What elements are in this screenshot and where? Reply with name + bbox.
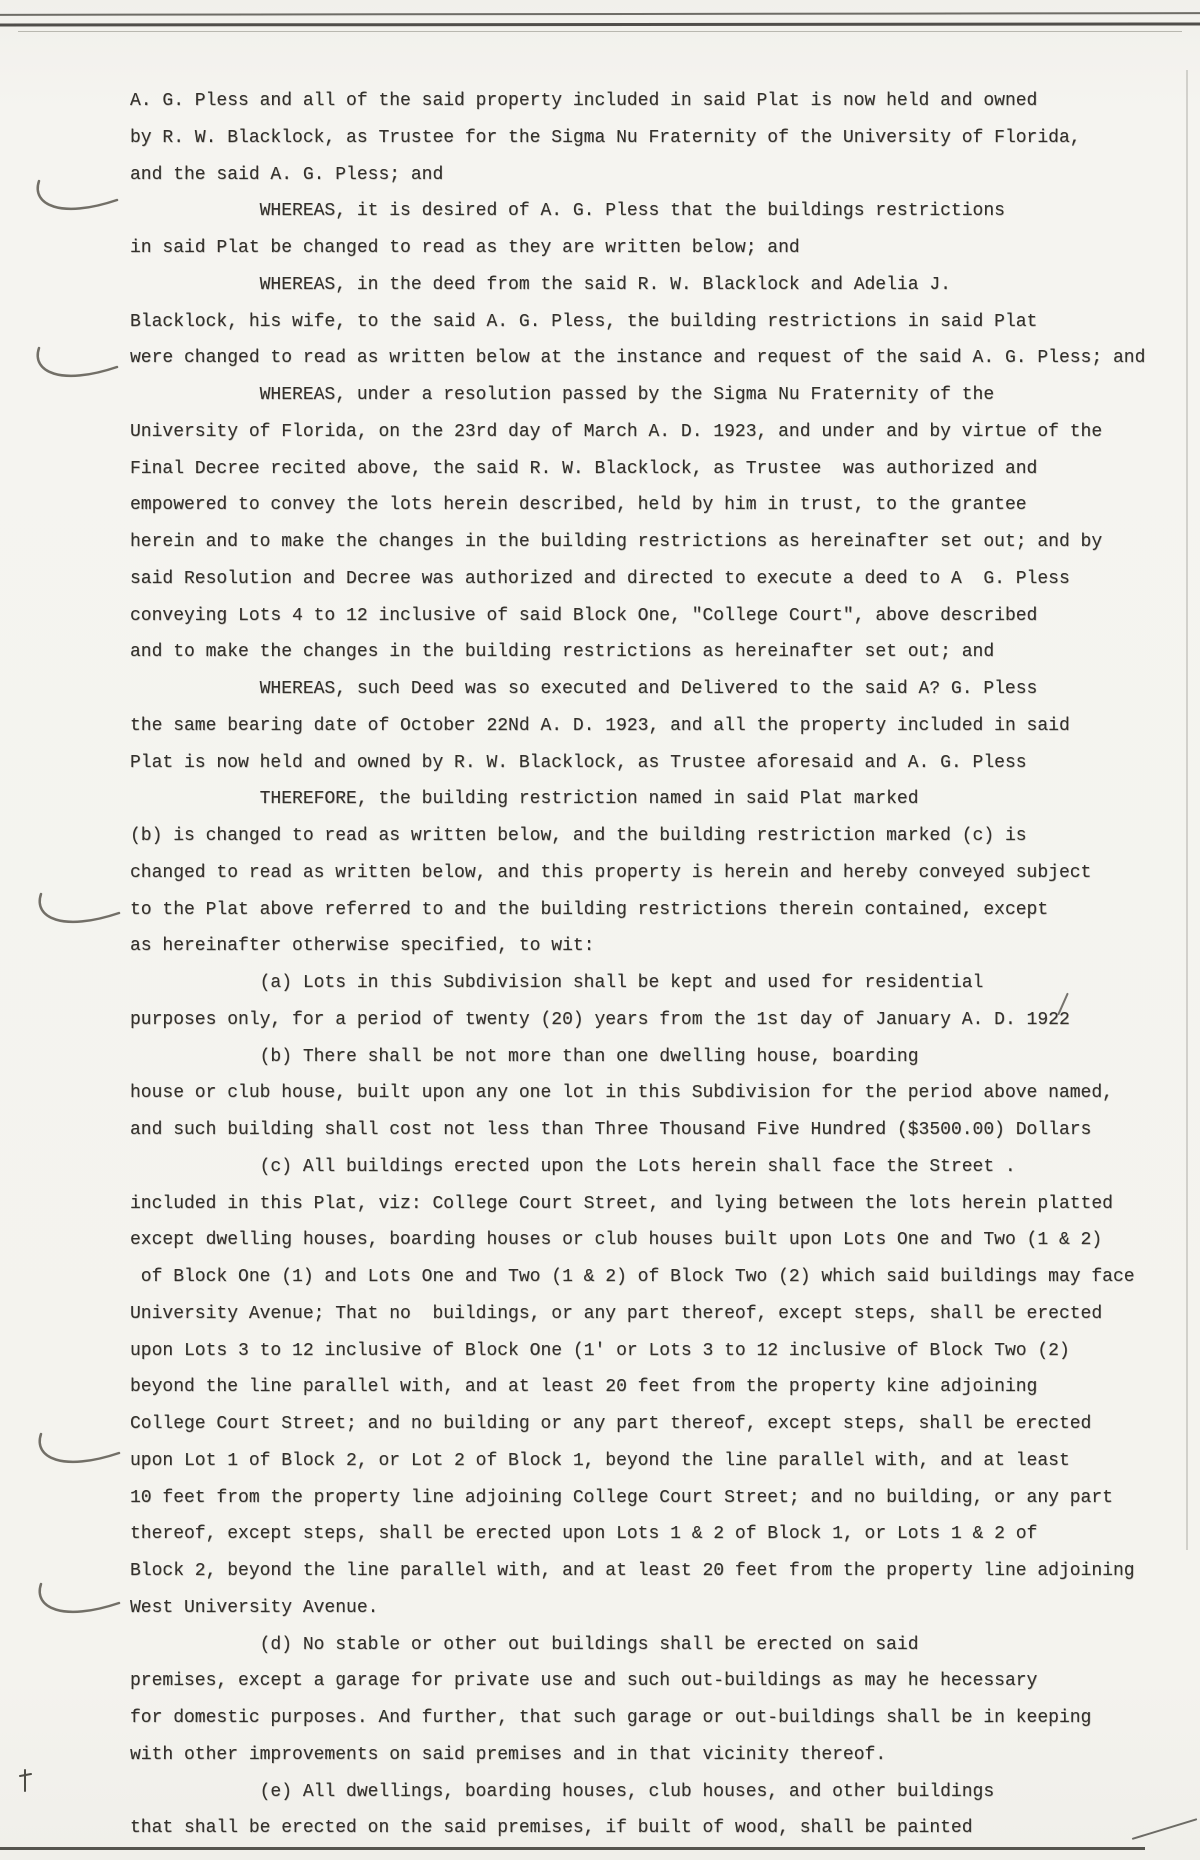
document-line: in said Plat be changed to read as they … <box>130 230 1175 267</box>
document-line: (a) Lots in this Subdivision shall be ke… <box>130 965 1175 1002</box>
document-line: (c) All buildings erected upon the Lots … <box>130 1149 1175 1186</box>
document-line: empowered to convey the lots herein desc… <box>130 487 1175 524</box>
scan-fold-line <box>1186 70 1188 1550</box>
document-text: A. G. Pless and all of the said property… <box>130 83 1175 1847</box>
document-line: were changed to read as written below at… <box>130 340 1175 377</box>
document-line: West University Avenue. <box>130 1590 1175 1627</box>
document-line: (b) is changed to read as written below,… <box>130 818 1175 855</box>
document-line: Plat is now held and owned by R. W. Blac… <box>130 745 1175 782</box>
document-line: Block 2, beyond the line parallel with, … <box>130 1553 1175 1590</box>
document-line: with other improvements on said premises… <box>130 1737 1175 1774</box>
margin-pen-mark <box>35 1578 125 1624</box>
document-line: conveying Lots 4 to 12 inclusive of said… <box>130 598 1175 635</box>
scan-bottom-edge-line <box>0 1847 1145 1850</box>
margin-pen-mark <box>35 888 125 934</box>
document-line: house or club house, built upon any one … <box>130 1075 1175 1112</box>
document-line: by R. W. Blacklock, as Trustee for the S… <box>130 120 1175 157</box>
document-page: A. G. Pless and all of the said property… <box>0 0 1200 1860</box>
document-line: WHEREAS, it is desired of A. G. Pless th… <box>130 193 1175 230</box>
document-line: University of Florida, on the 23rd day o… <box>130 414 1175 451</box>
document-line: (b) There shall be not more than one dwe… <box>130 1039 1175 1076</box>
document-line: herein and to make the changes in the bu… <box>130 524 1175 561</box>
document-line: changed to read as written below, and th… <box>130 855 1175 892</box>
document-line: said Resolution and Decree was authorize… <box>130 561 1175 598</box>
document-line: University Avenue; That no buildings, or… <box>130 1296 1175 1333</box>
document-line: Blacklock, his wife, to the said A. G. P… <box>130 304 1175 341</box>
document-line: upon Lot 1 of Block 2, or Lot 2 of Block… <box>130 1443 1175 1480</box>
document-line: included in this Plat, viz: College Cour… <box>130 1186 1175 1223</box>
document-line: WHEREAS, in the deed from the said R. W.… <box>130 267 1175 304</box>
document-line: A. G. Pless and all of the said property… <box>130 83 1175 120</box>
document-line: THEREFORE, the building restriction name… <box>130 781 1175 818</box>
document-line: premises, except a garage for private us… <box>130 1663 1175 1700</box>
margin-pen-mark <box>35 1428 125 1474</box>
document-line: as hereinafter otherwise specified, to w… <box>130 928 1175 965</box>
document-line: Final Decree recited above, the said R. … <box>130 451 1175 488</box>
document-line: WHEREAS, under a resolution passed by th… <box>130 377 1175 414</box>
document-line: for domestic purposes. And further, that… <box>130 1700 1175 1737</box>
scan-top-edge-line <box>0 22 1200 26</box>
document-line: WHEREAS, such Deed was so executed and D… <box>130 671 1175 708</box>
document-line: 10 feet from the property line adjoining… <box>130 1480 1175 1517</box>
scan-top-edge-line <box>0 12 1200 16</box>
margin-pen-mark <box>33 175 123 221</box>
document-line: that shall be erected on the said premis… <box>130 1810 1175 1847</box>
document-line: and the said A. G. Pless; and <box>130 157 1175 194</box>
margin-tick-mark <box>18 1768 34 1799</box>
document-line: purposes only, for a period of twenty (2… <box>130 1002 1175 1039</box>
document-line: (d) No stable or other out buildings sha… <box>130 1627 1175 1664</box>
document-line: to the Plat above referred to and the bu… <box>130 892 1175 929</box>
document-line: thereof, except steps, shall be erected … <box>130 1516 1175 1553</box>
document-line: the same bearing date of October 22Nd A.… <box>130 708 1175 745</box>
document-line: beyond the line parallel with, and at le… <box>130 1369 1175 1406</box>
document-line: College Court Street; and no building or… <box>130 1406 1175 1443</box>
scan-top-edge-line <box>18 31 1182 32</box>
margin-pen-mark <box>33 342 123 388</box>
document-line: of Block One (1) and Lots One and Two (1… <box>130 1259 1175 1296</box>
document-line: (e) All dwellings, boarding houses, club… <box>130 1774 1175 1811</box>
document-line: and to make the changes in the building … <box>130 634 1175 671</box>
document-line: upon Lots 3 to 12 inclusive of Block One… <box>130 1333 1175 1370</box>
document-line: except dwelling houses, boarding houses … <box>130 1222 1175 1259</box>
document-line: and such building shall cost not less th… <box>130 1112 1175 1149</box>
